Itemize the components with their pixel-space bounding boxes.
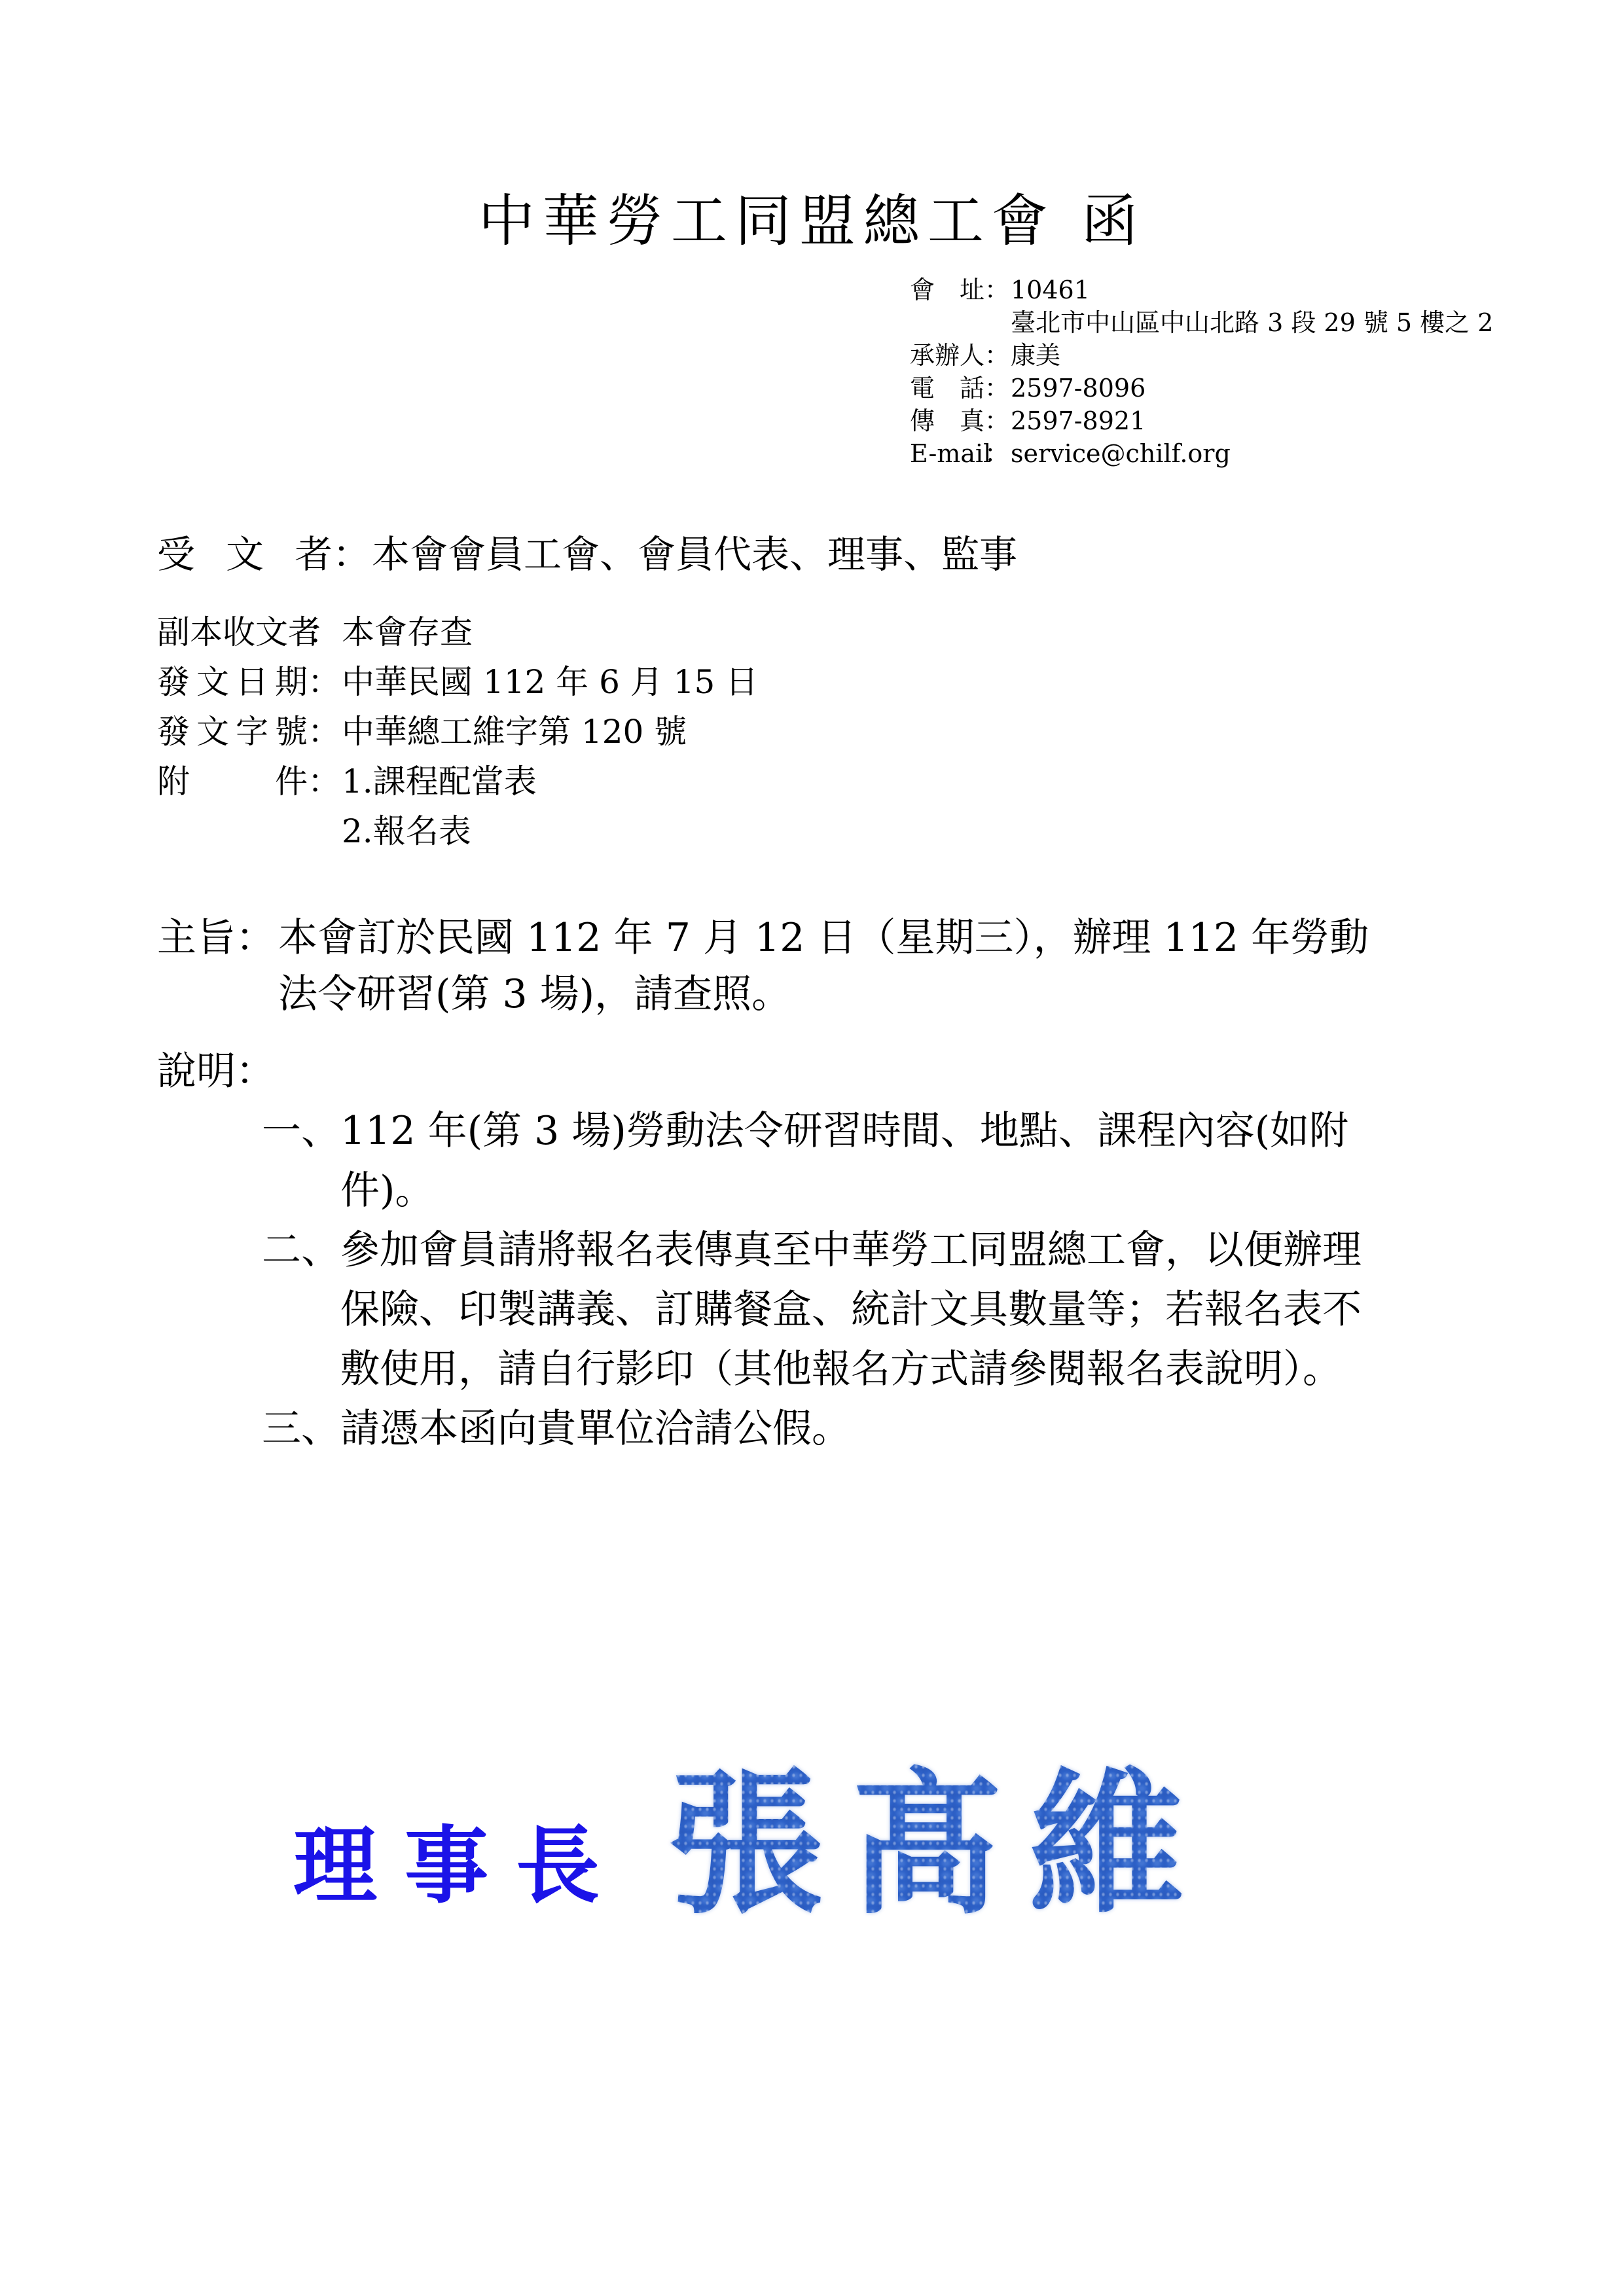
meta-row-date: 發文日期：中華民國 112 年 6 月 15 日	[157, 657, 758, 707]
contact-colon: ：	[984, 274, 1011, 306]
contact-row-phone: 電話：2597-8096	[910, 372, 1493, 404]
meta-row-cc: 副本收文者：本會存查	[157, 607, 758, 657]
item-text: 112 年(第 3 場)勞動法令研習時間、地點、課程內容(如附	[340, 1108, 1348, 1154]
meta-value: 本會存查	[342, 613, 473, 651]
meta-label: 副本收文者	[157, 607, 308, 657]
contact-label: E-mail	[910, 437, 984, 470]
contact-value: 2597-8096	[1011, 374, 1146, 403]
contact-colon: ：	[984, 372, 1011, 404]
contact-block: 會址：10461 臺北市中山區中山北路 3 段 29 號 5 樓之 2 承辦人：…	[910, 274, 1493, 470]
description-item-1-cont: 件)。	[157, 1161, 1362, 1221]
meta-label: 發文日期	[157, 657, 308, 707]
item-text: 請憑本函向貴單位洽請公假。	[340, 1406, 851, 1452]
recipient-label: 受文者	[157, 524, 333, 579]
description-item-1: 一、112 年(第 3 場)勞動法令研習時間、地點、課程內容(如附	[157, 1102, 1362, 1161]
subject-block: 主旨： 本會訂於民國 112 年 7 月 12 日（星期三），辦理 112 年勞…	[157, 910, 1369, 1022]
meta-row-attachment-1: 附件：1.課程配當表	[157, 757, 758, 806]
contact-colon: ：	[984, 339, 1011, 372]
meta-label: 附件	[157, 757, 308, 806]
description-item-3: 三、請憑本函向貴單位洽請公假。	[157, 1399, 1362, 1459]
contact-label: 承辦人	[910, 339, 984, 372]
meta-label: 發文字號	[157, 707, 308, 757]
recipient-line: 受文者：本會會員工會、會員代表、理事、監事	[157, 524, 1017, 579]
description-block: 說明： 一、112 年(第 3 場)勞動法令研習時間、地點、課程內容(如附 件)…	[157, 1042, 1362, 1459]
subject-line: 法令研習(第 3 場)，請查照。	[278, 966, 1369, 1022]
item-number: 一、	[262, 1102, 340, 1161]
contact-colon: ：	[984, 404, 1011, 437]
description-heading: 說明：	[157, 1042, 1362, 1102]
description-item-2-cont: 敷使用，請自行影印（其他報名方式請參閱報名表說明）。	[157, 1340, 1362, 1399]
document-page: 中華勞工同盟總工會 函 會址：10461 臺北市中山區中山北路 3 段 29 號…	[0, 0, 1624, 2296]
contact-value: service@chilf.org	[1011, 439, 1231, 468]
contact-value: 臺北市中山區中山北路 3 段 29 號 5 樓之 2	[1011, 308, 1493, 337]
chairman-title: 理事長	[293, 1799, 627, 1919]
contact-row-email: E-mail：service@chilf.org	[910, 437, 1493, 470]
subject-line: 本會訂於民國 112 年 7 月 12 日（星期三），辦理 112 年勞動	[278, 910, 1369, 966]
contact-row-handler: 承辦人：康美	[910, 339, 1493, 372]
contact-label: 傳真	[910, 404, 984, 437]
contact-row-address: 會址：10461	[910, 274, 1493, 306]
recipient-value: 本會會員工會、會員代表、理事、監事	[372, 532, 1017, 577]
meta-row-attachment-2: 2.報名表	[157, 806, 758, 856]
description-item-2-cont: 保險、印製講義、訂購餐盒、統計文具數量等；若報名表不	[157, 1280, 1362, 1340]
meta-block: 副本收文者：本會存查 發文日期：中華民國 112 年 6 月 15 日 發文字號…	[157, 607, 758, 856]
item-number: 二、	[262, 1221, 340, 1280]
contact-label: 電話	[910, 372, 984, 404]
contact-value: 10461	[1011, 276, 1090, 304]
document-title: 中華勞工同盟總工會 函	[0, 175, 1624, 257]
meta-colon: ：	[308, 757, 342, 806]
meta-colon: ：	[308, 607, 342, 657]
recipient-colon: ：	[333, 524, 372, 579]
contact-value: 康美	[1011, 341, 1060, 370]
chairman-name-stamp: 張髙維	[668, 1720, 1210, 1944]
subject-label: 主旨：	[157, 910, 278, 966]
item-number: 三、	[262, 1399, 340, 1459]
subject-text: 本會訂於民國 112 年 7 月 12 日（星期三），辦理 112 年勞動 法令…	[278, 910, 1369, 1022]
contact-row-address-line2: 臺北市中山區中山北路 3 段 29 號 5 樓之 2	[910, 306, 1493, 339]
meta-colon: ：	[308, 707, 342, 757]
description-item-2: 二、參加會員請將報名表傳真至中華勞工同盟總工會，以便辦理	[157, 1221, 1362, 1280]
contact-label: 會址	[910, 274, 984, 306]
contact-row-fax: 傳真：2597-8921	[910, 404, 1493, 437]
meta-value: 1.課程配當表	[342, 762, 537, 800]
item-text: 參加會員請將報名表傳真至中華勞工同盟總工會，以便辦理	[340, 1227, 1362, 1273]
contact-value: 2597-8921	[1011, 406, 1146, 435]
meta-row-ref-number: 發文字號：中華總工維字第 120 號	[157, 707, 758, 757]
meta-value: 中華總工維字第 120 號	[342, 713, 687, 751]
meta-colon: ：	[308, 657, 342, 707]
meta-value: 中華民國 112 年 6 月 15 日	[342, 663, 758, 701]
contact-colon: ：	[984, 437, 1011, 470]
meta-value: 2.報名表	[342, 812, 471, 850]
